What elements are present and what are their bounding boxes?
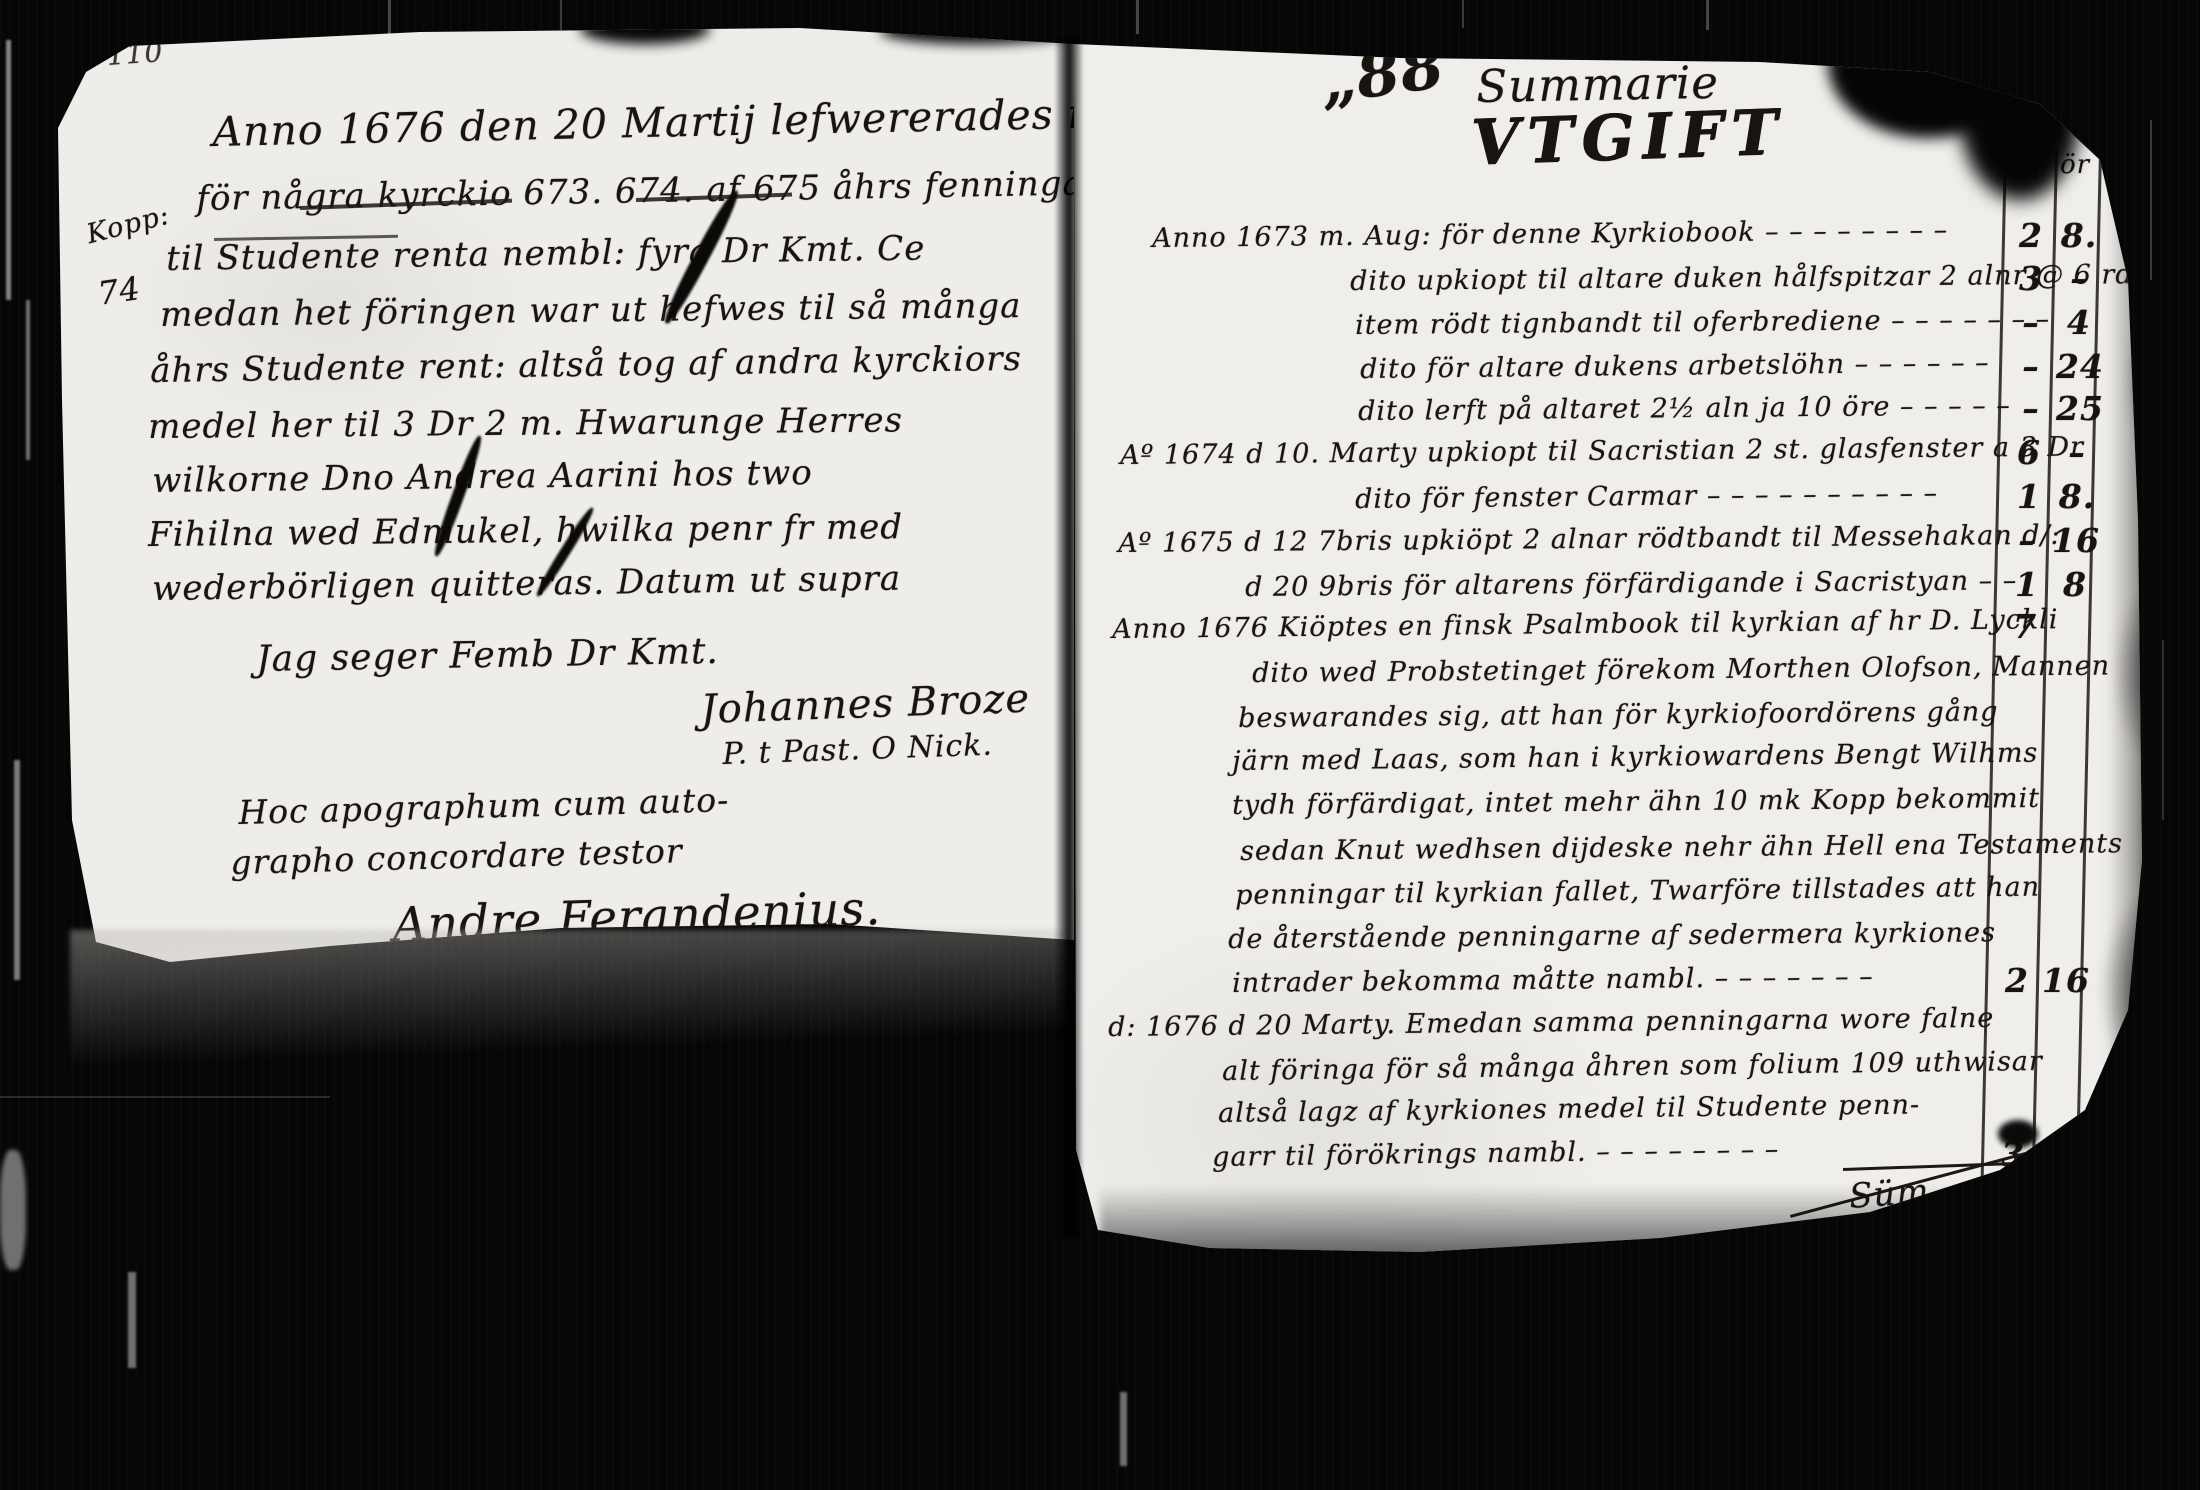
- edge-mottle: [1100, 1185, 2060, 1265]
- ink-blot: [2075, 1164, 2145, 1232]
- ink-blot: [1998, 1120, 2038, 1148]
- film-scratch: [1462, 0, 1464, 28]
- edge-smudge: [1690, 6, 1950, 46]
- entry-text: item rödt tignbandt til oferbrediene – –…: [1355, 306, 2050, 339]
- entry-text: alt föringa för så många åhren som foliu…: [1222, 1048, 2043, 1085]
- entry-text: Anno 1673 m. Aug: för denne Kyrkiobook –…: [1152, 217, 1948, 252]
- manuscript-line: Jag seger Femb Dr Kmt.: [256, 634, 719, 678]
- page-number: 110: [106, 38, 164, 70]
- entry-text: d: 1676 d 20 Marty. Emedan samma penning…: [1108, 1005, 1994, 1041]
- entry-daler: 2: [2008, 219, 2054, 252]
- entry-text: altså lagz af kyrkiones medel til Studen…: [1218, 1091, 1920, 1127]
- entry-text: dito lerft på altaret 2½ aln ja 10 öre –…: [1358, 392, 2011, 425]
- sum-daler: 28: [2000, 1173, 2055, 1213]
- entry-text: sedan Knut wedhsen dijdeske nehr ähn Hel…: [1240, 830, 2123, 865]
- microfilm-scan: 110 Kopp: 74 Anno 1676 den 20 Martij lef…: [0, 0, 2200, 1490]
- entry-daler: –: [2004, 524, 2050, 557]
- attestation-line: Hoc apographum cum auto-: [238, 783, 730, 829]
- film-scratch: [2150, 120, 2152, 280]
- entry-daler: –: [2008, 350, 2054, 383]
- entry-text: intrader bekomma måtte nambl. – – – – – …: [1232, 963, 1874, 997]
- film-scratch: [388, 0, 391, 38]
- entry-daler: 2: [1994, 964, 2040, 997]
- entry-daler: 1: [2004, 568, 2050, 601]
- entry-text: järn med Laas, som han i kyrkiowardens B…: [1232, 740, 2038, 775]
- entry-ore: 16: [2042, 964, 2088, 997]
- manuscript-line: Fihilna wed Edmukel, hwilka penr fr med: [148, 510, 903, 552]
- entry-text: dito för fenster Carmar – – – – – – – – …: [1355, 480, 1938, 513]
- edge-smudge: [580, 14, 710, 44]
- entry-text: Aº 1675 d 12 7bris upkiöpt 2 alnar rödtb…: [1118, 522, 2061, 557]
- manuscript-line: Anno 1676 den 20 Martij lefwererades ifr…: [212, 92, 1144, 153]
- film-scratch: [14, 760, 20, 980]
- film-scratch: [1136, 0, 1139, 34]
- manuscript-line: wederbörligen quitteras. Datum ut supra: [152, 562, 901, 606]
- signature-title: P. t Past. O Nick.: [722, 731, 993, 770]
- film-scratch: [0, 1096, 330, 1098]
- film-scratch: [26, 300, 30, 460]
- film-scratch: [560, 0, 562, 30]
- entry-daler: 1: [2006, 480, 2052, 513]
- entry-daler: –: [2008, 306, 2054, 339]
- entry-text: dito för altare dukens arbetslöhn – – – …: [1360, 349, 1990, 383]
- entry-text: penningar til kyrkian fallet, Twarföre t…: [1235, 874, 2040, 909]
- edge-smudge: [1960, 30, 2080, 200]
- header-flourish: „88: [1316, 35, 1448, 114]
- manuscript-line: åhrs Studente rent: altså tog af andra k…: [150, 342, 1022, 388]
- entry-text: de återstående penningarne af sedermera …: [1228, 919, 1996, 953]
- film-scratch: [1120, 1392, 1127, 1466]
- film-scratch: [0, 1150, 26, 1270]
- attestation-line: grapho concordare testor: [230, 834, 683, 879]
- gutter-shadow: [1054, 38, 1084, 1238]
- entry-text: garr til förökrings nambl. – – – – – – –…: [1212, 1136, 1779, 1171]
- entry-text: dito wed Probstetinget förekom Morthen O…: [1252, 653, 2110, 687]
- film-scratch: [2162, 640, 2164, 820]
- header-subtitle: VTGIFT: [1470, 101, 1786, 174]
- entry-text: Aº 1674 d 10. Marty upkiopt til Sacristi…: [1120, 434, 2084, 469]
- manuscript-line: medan het föringen war ut hefwes til så …: [160, 289, 1022, 332]
- manuscript-line: wilkorne Dno Andrea Aarini hos two: [152, 456, 813, 498]
- entry-text: beswarandes sig, att han för kyrkiofoord…: [1238, 698, 1999, 732]
- edge-smudge: [880, 18, 1070, 44]
- entry-text: tydh förfärdigat, intet mehr ähn 10 mk K…: [1232, 785, 2040, 819]
- sum-ore: 1: [2064, 1172, 2091, 1208]
- entry-daler: 6: [2006, 436, 2052, 469]
- entry-text: Anno 1676 Kiöptes en finsk Psalmbook til…: [1112, 606, 2059, 643]
- entry-daler: 7: [2002, 610, 2048, 643]
- margin-note: Kopp:: [84, 202, 172, 249]
- entry-text: d 20 9bris för altarens förfärdigande i …: [1245, 567, 2017, 601]
- margin-note: 74: [96, 272, 143, 310]
- entry-daler: 3: [2008, 262, 2054, 295]
- manuscript-line: medel her til 3 Dr 2 m. Hwarunge Herres: [148, 403, 903, 444]
- film-scratch: [1706, 0, 1709, 30]
- page-bottom-shadow: [70, 930, 1070, 1080]
- signature: Johannes Broze: [700, 679, 1031, 730]
- entry-daler: –: [2008, 392, 2054, 425]
- film-scratch: [128, 1272, 136, 1368]
- film-scratch: [6, 40, 11, 300]
